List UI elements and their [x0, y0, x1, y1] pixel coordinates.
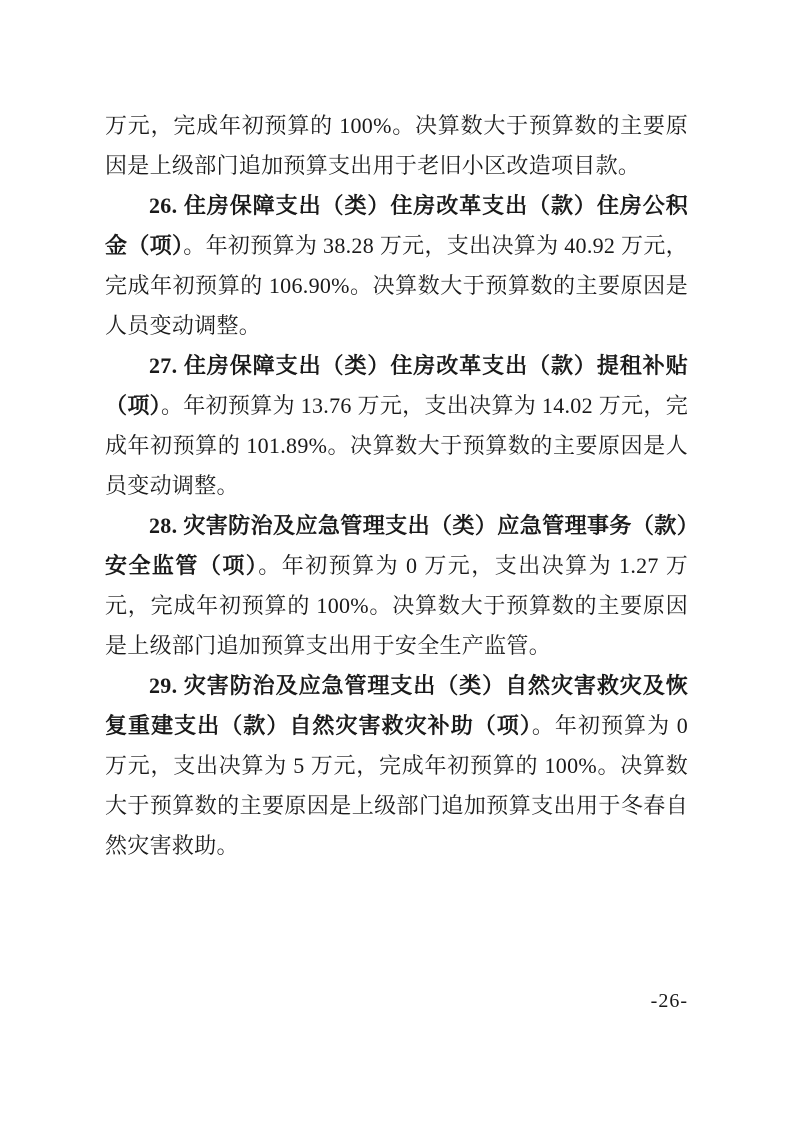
- paragraph-text: 万元，完成年初预算的 100%。决算数大于预算数的主要原因是上级部门追加预算支出…: [105, 113, 688, 178]
- paragraph-text: 。年初预算为 38.28 万元，支出决算为 40.92 万元，完成年初预算的 1…: [105, 233, 688, 338]
- paragraph-item-27: 27. 住房保障支出（类）住房改革支出（款）提租补贴（项）。年初预算为 13.7…: [105, 346, 688, 506]
- document-page: 万元，完成年初预算的 100%。决算数大于预算数的主要原因是上级部门追加预算支出…: [0, 0, 793, 1122]
- paragraph-item-26: 26. 住房保障支出（类）住房改革支出（款）住房公积金（项）。年初预算为 38.…: [105, 186, 688, 346]
- paragraph-text: 。年初预算为 13.76 万元，支出决算为 14.02 万元，完成年初预算的 1…: [105, 393, 688, 498]
- page-number: -26-: [651, 990, 688, 1013]
- paragraph-item-29: 29. 灾害防治及应急管理支出（类）自然灾害救灾及恢复重建支出（款）自然灾害救灾…: [105, 666, 688, 866]
- paragraph-item-28: 28. 灾害防治及应急管理支出（类）应急管理事务（款）安全监管（项）。年初预算为…: [105, 506, 688, 666]
- paragraph-continuation: 万元，完成年初预算的 100%。决算数大于预算数的主要原因是上级部门追加预算支出…: [105, 106, 688, 186]
- document-body: 万元，完成年初预算的 100%。决算数大于预算数的主要原因是上级部门追加预算支出…: [105, 106, 688, 866]
